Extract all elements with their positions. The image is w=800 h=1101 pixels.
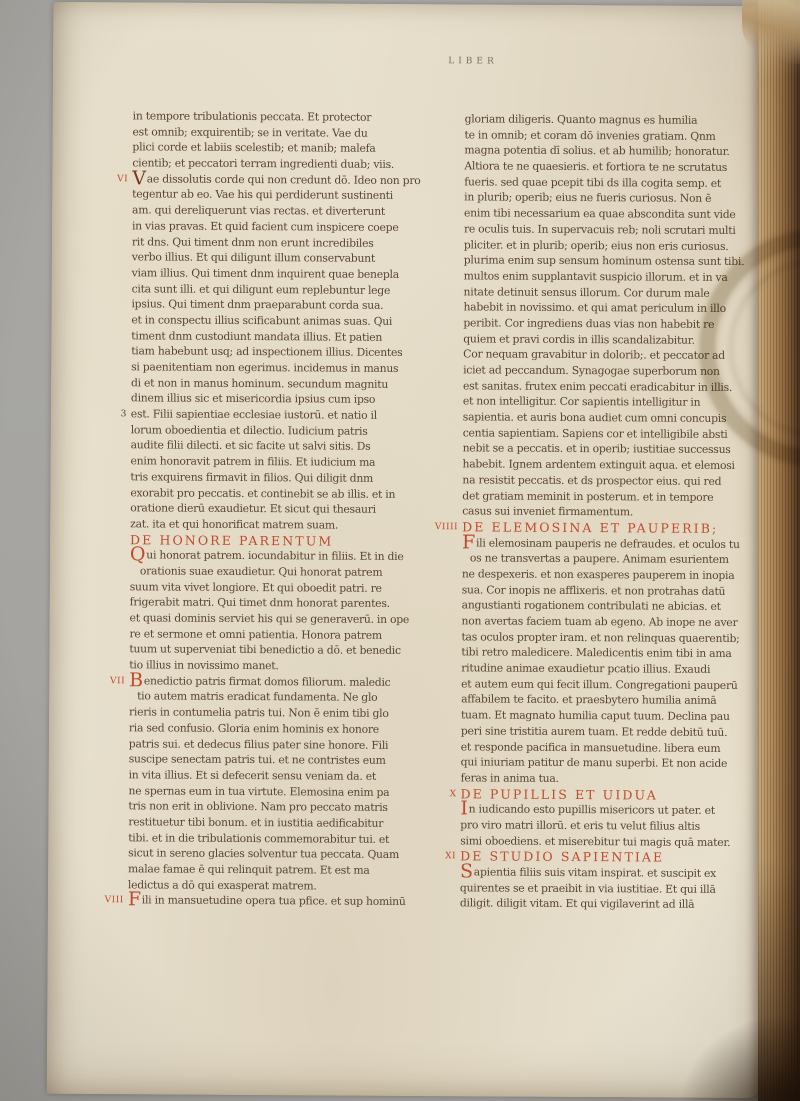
margin-numeral: 3	[99, 407, 127, 423]
line-text: suscipe senectam patris tui. et ne contr…	[129, 752, 386, 767]
margin-numeral: XI	[428, 849, 456, 865]
line-text: na resistit peccatis. et ds prospector e…	[462, 473, 721, 488]
line-text: os ne transvertas a paupere. Animam esur…	[470, 552, 729, 567]
line-text: est. Filii sapientiae ecclesiae iustorū.…	[131, 407, 377, 422]
line-text: exorabit pro peccatis. et continebit se …	[130, 486, 395, 501]
line-text: sua. Cor inopis ne afflixeris. et non pr…	[462, 583, 726, 598]
line-text: tibi retro maledicere. Maledicentis enim…	[461, 646, 731, 661]
line-text: ili in mansuetudine opera tua pfice. et …	[142, 894, 406, 909]
line-text: enedictio patris firmat domos filiorum. …	[144, 674, 391, 689]
line-text: apientia filiis suis vitam inspirat. et …	[474, 865, 716, 879]
line-text: simi oboediens. et miserebitur tui magis…	[460, 834, 730, 849]
manuscript-line: nebit se a peccatis. et in operib; iusti…	[463, 441, 769, 459]
line-text: re oculis tuis. In supervacuis reb; noli…	[464, 222, 736, 237]
rubric-text: DE ELEMOSINA ET PAUPERIB;	[462, 519, 718, 536]
manuscript-line: tas oculos propter iram. et non relinqua…	[461, 629, 767, 647]
rubric-text: DE STUDIO SAPIENTIAE	[460, 849, 664, 865]
manuscript-line: In iudicando esto pupillis misericors ut…	[460, 802, 766, 820]
margin-numeral: VI	[100, 172, 128, 188]
line-text: diligit. diligit vitam. Et qui vigilaver…	[460, 897, 695, 911]
manuscript-line: sua. Cor inopis ne afflixeris. et non pr…	[462, 582, 768, 600]
line-text: ritudine animae exaudietur pcatio illius…	[461, 661, 710, 676]
manuscript-line: Sapientia filiis suis vitam inspirat. et…	[460, 864, 766, 882]
line-text: audite filii dilecti. et sic facite ut s…	[131, 439, 371, 453]
manuscript-line: tibi retro maledicere. Maledicentis enim…	[461, 645, 767, 663]
manuscript-line: det gratiam meminit in posterum. et in t…	[462, 488, 768, 506]
decorated-initial: V	[132, 173, 146, 183]
manuscript-line: peri sine tristitia aurem tuam. Et redde…	[461, 723, 767, 741]
running-title: LIBER	[383, 56, 563, 67]
manuscript-line: in plurib; operib; eius ne fueris curios…	[464, 190, 770, 208]
line-text: qui iniuriam patitur de manu superbi. Et…	[461, 756, 728, 771]
line-text: in plurib; operib; eius ne fueris curios…	[464, 191, 711, 206]
line-text: tas oculos propter iram. et non relinqua…	[461, 630, 739, 645]
line-text: peribit. Cor ingrediens duas vias non ha…	[463, 316, 714, 331]
manuscript-line: fueris. sed quae pcepit tibi ds illa cog…	[464, 174, 770, 192]
line-text: ne despexeris. et non exasperes pauperem…	[462, 567, 735, 582]
line-text: tio illius in novissimo manet.	[129, 658, 278, 672]
manuscript-line: magna potentia dī solius. et ab humilib;…	[464, 143, 770, 161]
line-text: cita sunt illi. et qui diligunt eum repl…	[132, 282, 391, 297]
line-text: di et non in manus hominum. secundum mag…	[131, 376, 388, 391]
decorated-initial: B	[129, 675, 143, 685]
manuscript-line: simi oboediens. et miserebitur tui magis…	[460, 833, 766, 851]
margin-numeral: VII	[97, 674, 125, 690]
book-fore-edge	[758, 0, 800, 1101]
line-text: zat. ita et qui honorificat matrem suam.	[130, 517, 338, 531]
line-text: plurima enim sup sensum hominum ostensa …	[464, 254, 745, 269]
line-text: enim tibi necessarium ea quae abscondita…	[464, 206, 736, 221]
line-text: centia sapientiam. Sapiens cor et intell…	[463, 426, 728, 441]
line-text: cientib; et peccatori terram ingredienti…	[132, 156, 394, 171]
text-column-right: gloriam diligeris. Quanto magnus es humi…	[460, 111, 771, 913]
line-text: in tempore tribulationis peccata. Et pro…	[133, 109, 372, 123]
line-text: dinem illius sic et misericordia ipsius …	[131, 392, 375, 406]
line-text: et responde pacifica in mansuetudine. li…	[461, 740, 721, 755]
line-text: verbo illius. Et qui diligunt illum cons…	[132, 251, 375, 265]
line-text: malae famae ē qui relinquit patrem. Et e…	[128, 862, 370, 876]
manuscript-line: diligit. diligit vitam. Et qui vigilaver…	[460, 896, 766, 914]
line-text: quiem et pravi cordis in illis scandaliz…	[463, 332, 694, 346]
line-text: tegentur ab eo. Vae his qui perdiderunt …	[132, 188, 393, 203]
manuscript-line: Fili elemosinam pauperis ne defraudes. e…	[462, 535, 768, 553]
line-text: Cor nequam gravabitur in dolorib;. et pe…	[463, 348, 725, 363]
line-text: magna potentia dī solius. et ab humilib;…	[464, 144, 729, 159]
parchment-page: LIBER in tempore tribulationis peccata. …	[47, 2, 768, 1098]
line-text: affabilem te facito. et praesbytero humi…	[461, 693, 717, 708]
line-text: frigerabit matri. Qui timet dnm honorat …	[130, 596, 390, 611]
manuscript-line: re oculis tuis. In supervacuis reb; noli…	[464, 221, 770, 239]
line-text: patris sui. et dedecus filius pater sine…	[129, 737, 389, 752]
manuscript-photo: LIBER in tempore tribulationis peccata. …	[0, 0, 800, 1101]
line-text: non avertas faciem tuam ab egeno. Ab ino…	[462, 614, 738, 629]
decorated-initial: Q	[130, 550, 145, 560]
manuscript-line: pliciter. et in plurib; operib; eius non…	[464, 237, 770, 255]
manuscript-line: gloriam diligeris. Quanto magnus es humi…	[465, 111, 771, 129]
line-text: am. qui dereliquerunt vias rectas. et di…	[132, 203, 385, 218]
rubric-text: DE PUPILLIS ET UIDUA	[460, 786, 657, 802]
rubric-text: DE HONORE PARENTUM	[130, 532, 333, 548]
manuscript-line: feras in anima tua.	[461, 770, 767, 788]
line-text: oratione dierū exaudietur. Et sicut qui …	[130, 501, 376, 516]
line-text: peri sine tristitia aurem tuam. Et redde…	[461, 724, 728, 739]
manuscript-line: Altiora te ne quaesieris. et fortiora te…	[464, 158, 770, 176]
manuscript-line: quirentes se et praeibit in via iustitia…	[460, 880, 766, 898]
line-text: timent dnm custodiunt mandata illius. Et…	[131, 329, 382, 344]
manuscript-line: pro viro matri illorū. et eris tu velut …	[460, 817, 766, 835]
line-text: est omnib; exquirentib; se in veritate. …	[133, 125, 368, 139]
line-text: ipsius. Qui timent dnm praeparabunt cord…	[131, 298, 383, 313]
line-text: rit dns. Qui timent dnm non erunt incred…	[132, 235, 374, 249]
line-text: tio autem matris eradicat fundamenta. Ne…	[137, 690, 377, 704]
line-text: pliciter. et in plurib; operib; eius non…	[464, 238, 729, 253]
line-text: tris exquirens firmavit in filios. Qui d…	[130, 470, 373, 484]
line-text: tibi. et in die tribulationis commemorab…	[128, 831, 389, 846]
line-text: viam illius. Qui timent dnm inquirent qu…	[132, 266, 399, 281]
line-text: rieris in contumelia patris tui. Non ē e…	[129, 705, 389, 720]
line-text: nitate detinuit sensus illorum. Cor duru…	[464, 285, 710, 300]
line-text: feras in anima tua.	[461, 771, 559, 785]
line-text: nebit se a peccatis. et in operib; iusti…	[463, 442, 731, 457]
line-text: ili elemosinam pauperis ne defraudes. et…	[476, 536, 740, 551]
line-text: casus sui inveniet firmamentum.	[462, 505, 633, 519]
manuscript-line: ritudine animae exaudietur pcatio illius…	[461, 660, 767, 678]
line-text: ria sed confusio. Gloria enim hominis ex…	[129, 721, 379, 736]
margin-numeral: VIIII	[430, 520, 458, 536]
line-text: enim honoravit patrem in filiis. Et iudi…	[130, 454, 375, 468]
line-text: iciet ad peccandum. Synagogae superborum…	[463, 363, 720, 378]
decorated-initial: S	[460, 866, 473, 876]
line-text: tuam. Et magnato humilia caput tuum. Dec…	[461, 708, 730, 723]
line-text: tris non erit in oblivione. Nam pro pecc…	[128, 800, 387, 815]
line-text: tiam habebunt usq; ad inspectionem illiu…	[131, 345, 402, 360]
line-text: quirentes se et praeibit in via iustitia…	[460, 881, 716, 896]
text-column-left: in tempore tribulationis peccata. Et pro…	[128, 108, 455, 910]
decorated-initial: I	[460, 804, 467, 814]
line-text: pro viro matri illorū. et eris tu velut …	[460, 818, 700, 832]
line-text: lorum oboedientia et dilectio. Iudicium …	[131, 423, 368, 437]
line-text: sapientia. et auris bona audiet cum omni…	[463, 410, 727, 425]
line-text: fueris. sed quae pcepit tibi ds illa cog…	[464, 175, 721, 190]
manuscript-line: centia sapientiam. Sapiens cor et intell…	[463, 425, 769, 443]
line-text: Altiora te ne quaesieris. et fortiora te…	[464, 159, 727, 174]
line-text: multos enim supplantavit suspicio illoru…	[464, 269, 728, 284]
manuscript-line: ne despexeris. et non exasperes pauperem…	[462, 566, 768, 584]
line-text: te in omnib; et coram dō invenies gratia…	[464, 128, 715, 143]
rubric-heading: XIDE STUDIO SAPIENTIAE	[460, 849, 766, 867]
line-text: et in conspectu illius scificabunt anima…	[131, 313, 392, 328]
line-text: gloriam diligeris. Quanto magnus es humi…	[465, 112, 698, 126]
line-text: et non intelligitur. Cor sapientis intel…	[463, 395, 701, 409]
line-text: det gratiam meminit in posterum. et in t…	[462, 489, 713, 504]
line-text: si paenitentiam non egerimus. incidemus …	[131, 360, 398, 375]
line-text: et quasi dominis serviet his qui se gene…	[130, 611, 410, 626]
line-text: sicut in sereno glacies solventur tua pe…	[128, 847, 399, 862]
manuscript-line: et autem eum qui fecit illum. Congregati…	[461, 676, 767, 694]
line-text: et autem eum qui fecit illum. Congregati…	[461, 677, 737, 692]
line-text: habebit in novissimo. et qui amat pericu…	[463, 301, 725, 316]
manuscript-line: te in omnib; et coram dō invenies gratia…	[464, 127, 770, 145]
manuscript-line: enim tibi necessarium ea quae abscondita…	[464, 205, 770, 223]
margin-numeral: X	[428, 787, 456, 803]
manuscript-line: angustianti rogationem contribulati ne a…	[462, 598, 768, 616]
binding-shadow	[680, 1011, 800, 1101]
manuscript-line: habebit. Ignem ardentem extinguit aqua. …	[462, 456, 768, 474]
rubric-heading: XDE PUPILLIS ET UIDUA	[460, 786, 766, 804]
line-text: ne spernas eum in tua virtute. Elemosina…	[128, 784, 389, 799]
manuscript-line: affabilem te facito. et praesbytero humi…	[461, 692, 767, 710]
line-text: suum vita vivet longiore. Et qui oboedit…	[130, 580, 382, 595]
rubric-heading: VIIIIDE ELEMOSINA ET PAUPERIB;	[462, 519, 768, 537]
manuscript-line: et responde pacifica in mansuetudine. li…	[461, 739, 767, 757]
manuscript-line: VIIIFili in mansuetudine opera tua pfice…	[128, 893, 450, 911]
line-text: ledictus a dō qui exasperat matrem.	[128, 878, 317, 892]
decorated-initial: F	[462, 537, 475, 547]
manuscript-line: casus sui inveniet firmamentum.	[462, 504, 768, 522]
line-text: habebit. Ignem ardentem extinguit aqua. …	[462, 457, 734, 472]
line-text: n iudicando esto pupillis misericors ut …	[469, 803, 715, 818]
line-text: plici corde et labiis scelestib; et mani…	[132, 141, 375, 155]
line-text: est sanitas. frutex enim peccati eradica…	[463, 379, 732, 394]
manuscript-line: non avertas faciem tuam ab egeno. Ab ino…	[462, 613, 768, 631]
line-text: ui honorat patrem. iocundabitur in filii…	[146, 549, 403, 564]
decorated-initial: F	[128, 895, 141, 905]
manuscript-line: os ne transvertas a paupere. Animam esur…	[462, 551, 768, 569]
manuscript-line: na resistit peccatis. et ds prospector e…	[462, 472, 768, 490]
line-text: tuum ut superveniat tibi benedictio a dō…	[129, 643, 401, 658]
line-text: angustianti rogationem contribulati ne a…	[462, 599, 721, 614]
manuscript-line: qui iniuriam patitur de manu superbi. Et…	[461, 755, 767, 773]
manuscript-line: plurima enim sup sensum hominum ostensa …	[464, 253, 770, 271]
manuscript-line: tuam. Et magnato humilia caput tuum. Dec…	[461, 707, 767, 725]
line-text: in vias pravas. Et quid facient cum insp…	[132, 219, 399, 234]
line-text: in vita illius. Et si defecerit sensu ve…	[129, 768, 376, 783]
line-text: ae dissolutis corde qui non credunt dō. …	[147, 172, 421, 187]
line-text: restituetur tibi bonum. et in iustitia a…	[128, 815, 383, 830]
margin-numeral: VIII	[96, 893, 124, 909]
line-text: re et sermone et omni patientia. Honora …	[129, 627, 382, 642]
line-text: orationis suae exaudietur. Qui honorat p…	[140, 564, 383, 578]
